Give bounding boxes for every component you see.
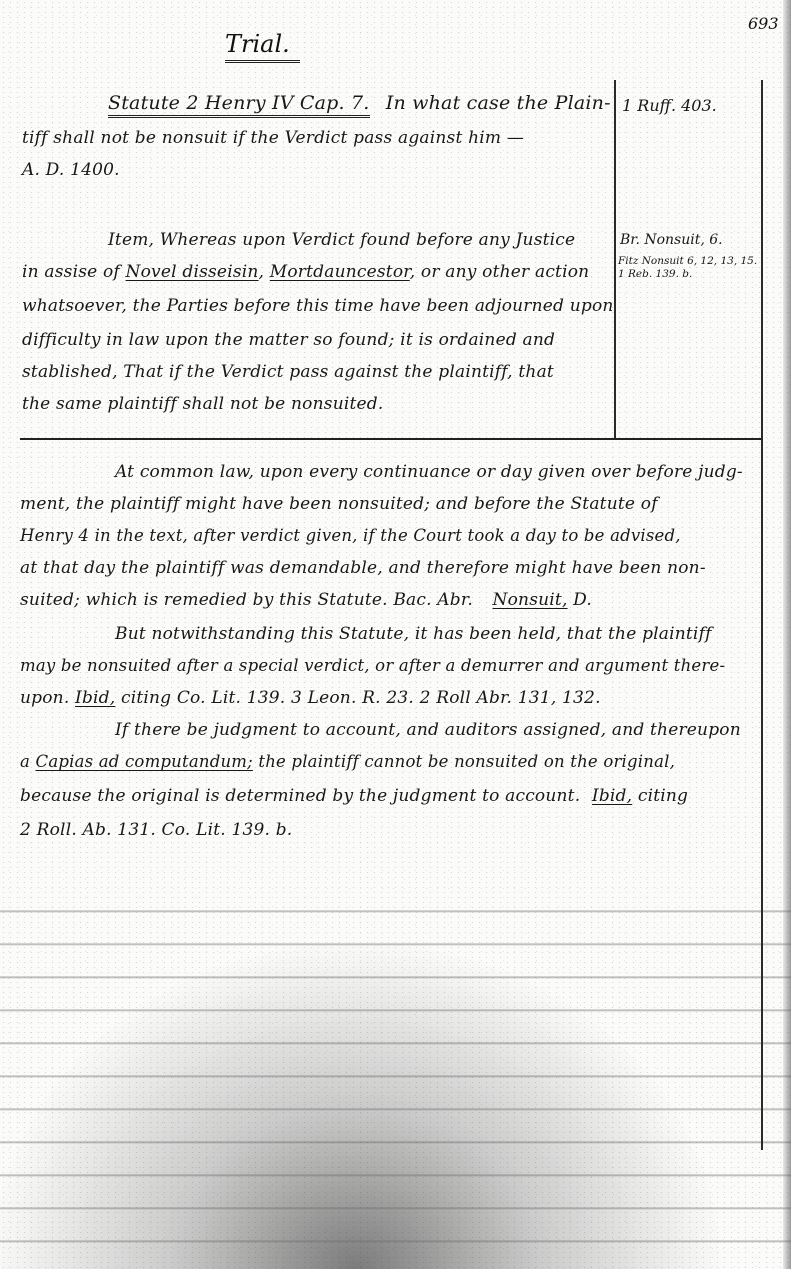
commentary-p2-line-2: may be nonsuited after a special verdict… xyxy=(20,656,725,675)
commentary-p1-line-5: suited; which is remedied by this Statut… xyxy=(20,590,592,610)
commentary-p3-line-1: If there be judgment to account, and aud… xyxy=(115,720,741,740)
commentary-p2-line-3: upon. Ibid, citing Co. Lit. 139. 3 Leon.… xyxy=(20,688,601,708)
photocopy-shadow-right xyxy=(783,0,791,1269)
ref-ibid: Ibid, xyxy=(592,786,632,806)
ref-section: D. xyxy=(573,590,592,610)
commentary-p2-line-1: But notwithstanding this Statute, it has… xyxy=(115,624,712,644)
margin-note-1: Br. Nonsuit, 6. xyxy=(620,232,723,248)
page-number: 693 xyxy=(748,14,779,33)
commentary-p3-line-3: because the original is determined by th… xyxy=(20,786,688,806)
term-novel-disseisin: Novel disseisin xyxy=(126,262,259,282)
statute-heading-line-1: Statute 2 Henry IV Cap. 7. In what case … xyxy=(108,92,611,114)
margin-rule-right xyxy=(761,80,763,1150)
term-capias-ad-computandum: Capias ad computandum; xyxy=(36,752,253,771)
statute-line-1: Item, Whereas upon Verdict found before … xyxy=(108,230,575,250)
manuscript-page: Trial. 693 Statute 2 Henry IV Cap. 7. In… xyxy=(0,0,791,1269)
term-mortdauncestor: Mortdauncestor xyxy=(270,262,410,282)
statute-text: , or any other action xyxy=(410,262,590,282)
statute-text: in assise of xyxy=(22,262,120,282)
commentary-text: upon. xyxy=(20,688,69,708)
statute-line-5: stablished, That if the Verdict pass aga… xyxy=(22,362,554,382)
margin-note-2: Fitz Nonsuit 6, 12, 13, 15. xyxy=(618,255,757,267)
margin-note-3: 1 Reb. 139. b. xyxy=(618,268,692,280)
commentary-text: because the original is determined by th… xyxy=(20,786,580,806)
ref-nonsuit: Nonsuit, xyxy=(493,590,568,610)
statute-line-3: whatsoever, the Parties before this time… xyxy=(22,296,614,316)
statute-heading-line-3: A. D. 1400. xyxy=(22,160,120,180)
commentary-p3-line-2: a Capias ad computandum; the plaintiff c… xyxy=(20,752,675,771)
statute-heading-line-2: tiff shall not be nonsuit if the Verdict… xyxy=(22,128,524,148)
section-divider xyxy=(20,438,762,440)
commentary-p1-line-3: Henry 4 in the text, after verdict given… xyxy=(20,526,681,545)
commentary-p1-line-2: ment, the plaintiff might have been nons… xyxy=(20,494,658,514)
statute-line-2: in assise of Novel disseisin, Mortdaunce… xyxy=(22,262,589,282)
page-title: Trial. xyxy=(225,30,300,63)
commentary-p1-line-1: At common law, upon every continuance or… xyxy=(115,462,743,482)
commentary-p3-line-4: 2 Roll. Ab. 131. Co. Lit. 139. b. xyxy=(20,820,292,840)
margin-rule-left xyxy=(614,80,616,440)
commentary-text: a xyxy=(20,752,30,771)
commentary-text: citing xyxy=(638,786,688,806)
commentary-text: the plaintiff cannot be nonsuited on the… xyxy=(258,752,675,771)
ref-ibid: Ibid, xyxy=(75,688,115,708)
statute-line-6: the same plaintiff shall not be nonsuite… xyxy=(22,394,383,414)
statute-citation: Statute 2 Henry IV Cap. 7. xyxy=(108,92,370,118)
commentary-p1-line-4: at that day the plaintiff was demandable… xyxy=(20,558,706,578)
statute-line-4: difficulty in law upon the matter so fou… xyxy=(22,330,555,350)
photocopy-shadow-bottom xyxy=(0,880,791,1269)
comma: , xyxy=(259,262,265,282)
commentary-text: suited; which is remedied by this Statut… xyxy=(20,590,473,610)
margin-note-top: 1 Ruff. 403. xyxy=(622,96,717,115)
statute-heading-text: In what case the Plain- xyxy=(386,92,611,114)
citation-list: citing Co. Lit. 139. 3 Leon. R. 23. 2 Ro… xyxy=(121,688,601,708)
